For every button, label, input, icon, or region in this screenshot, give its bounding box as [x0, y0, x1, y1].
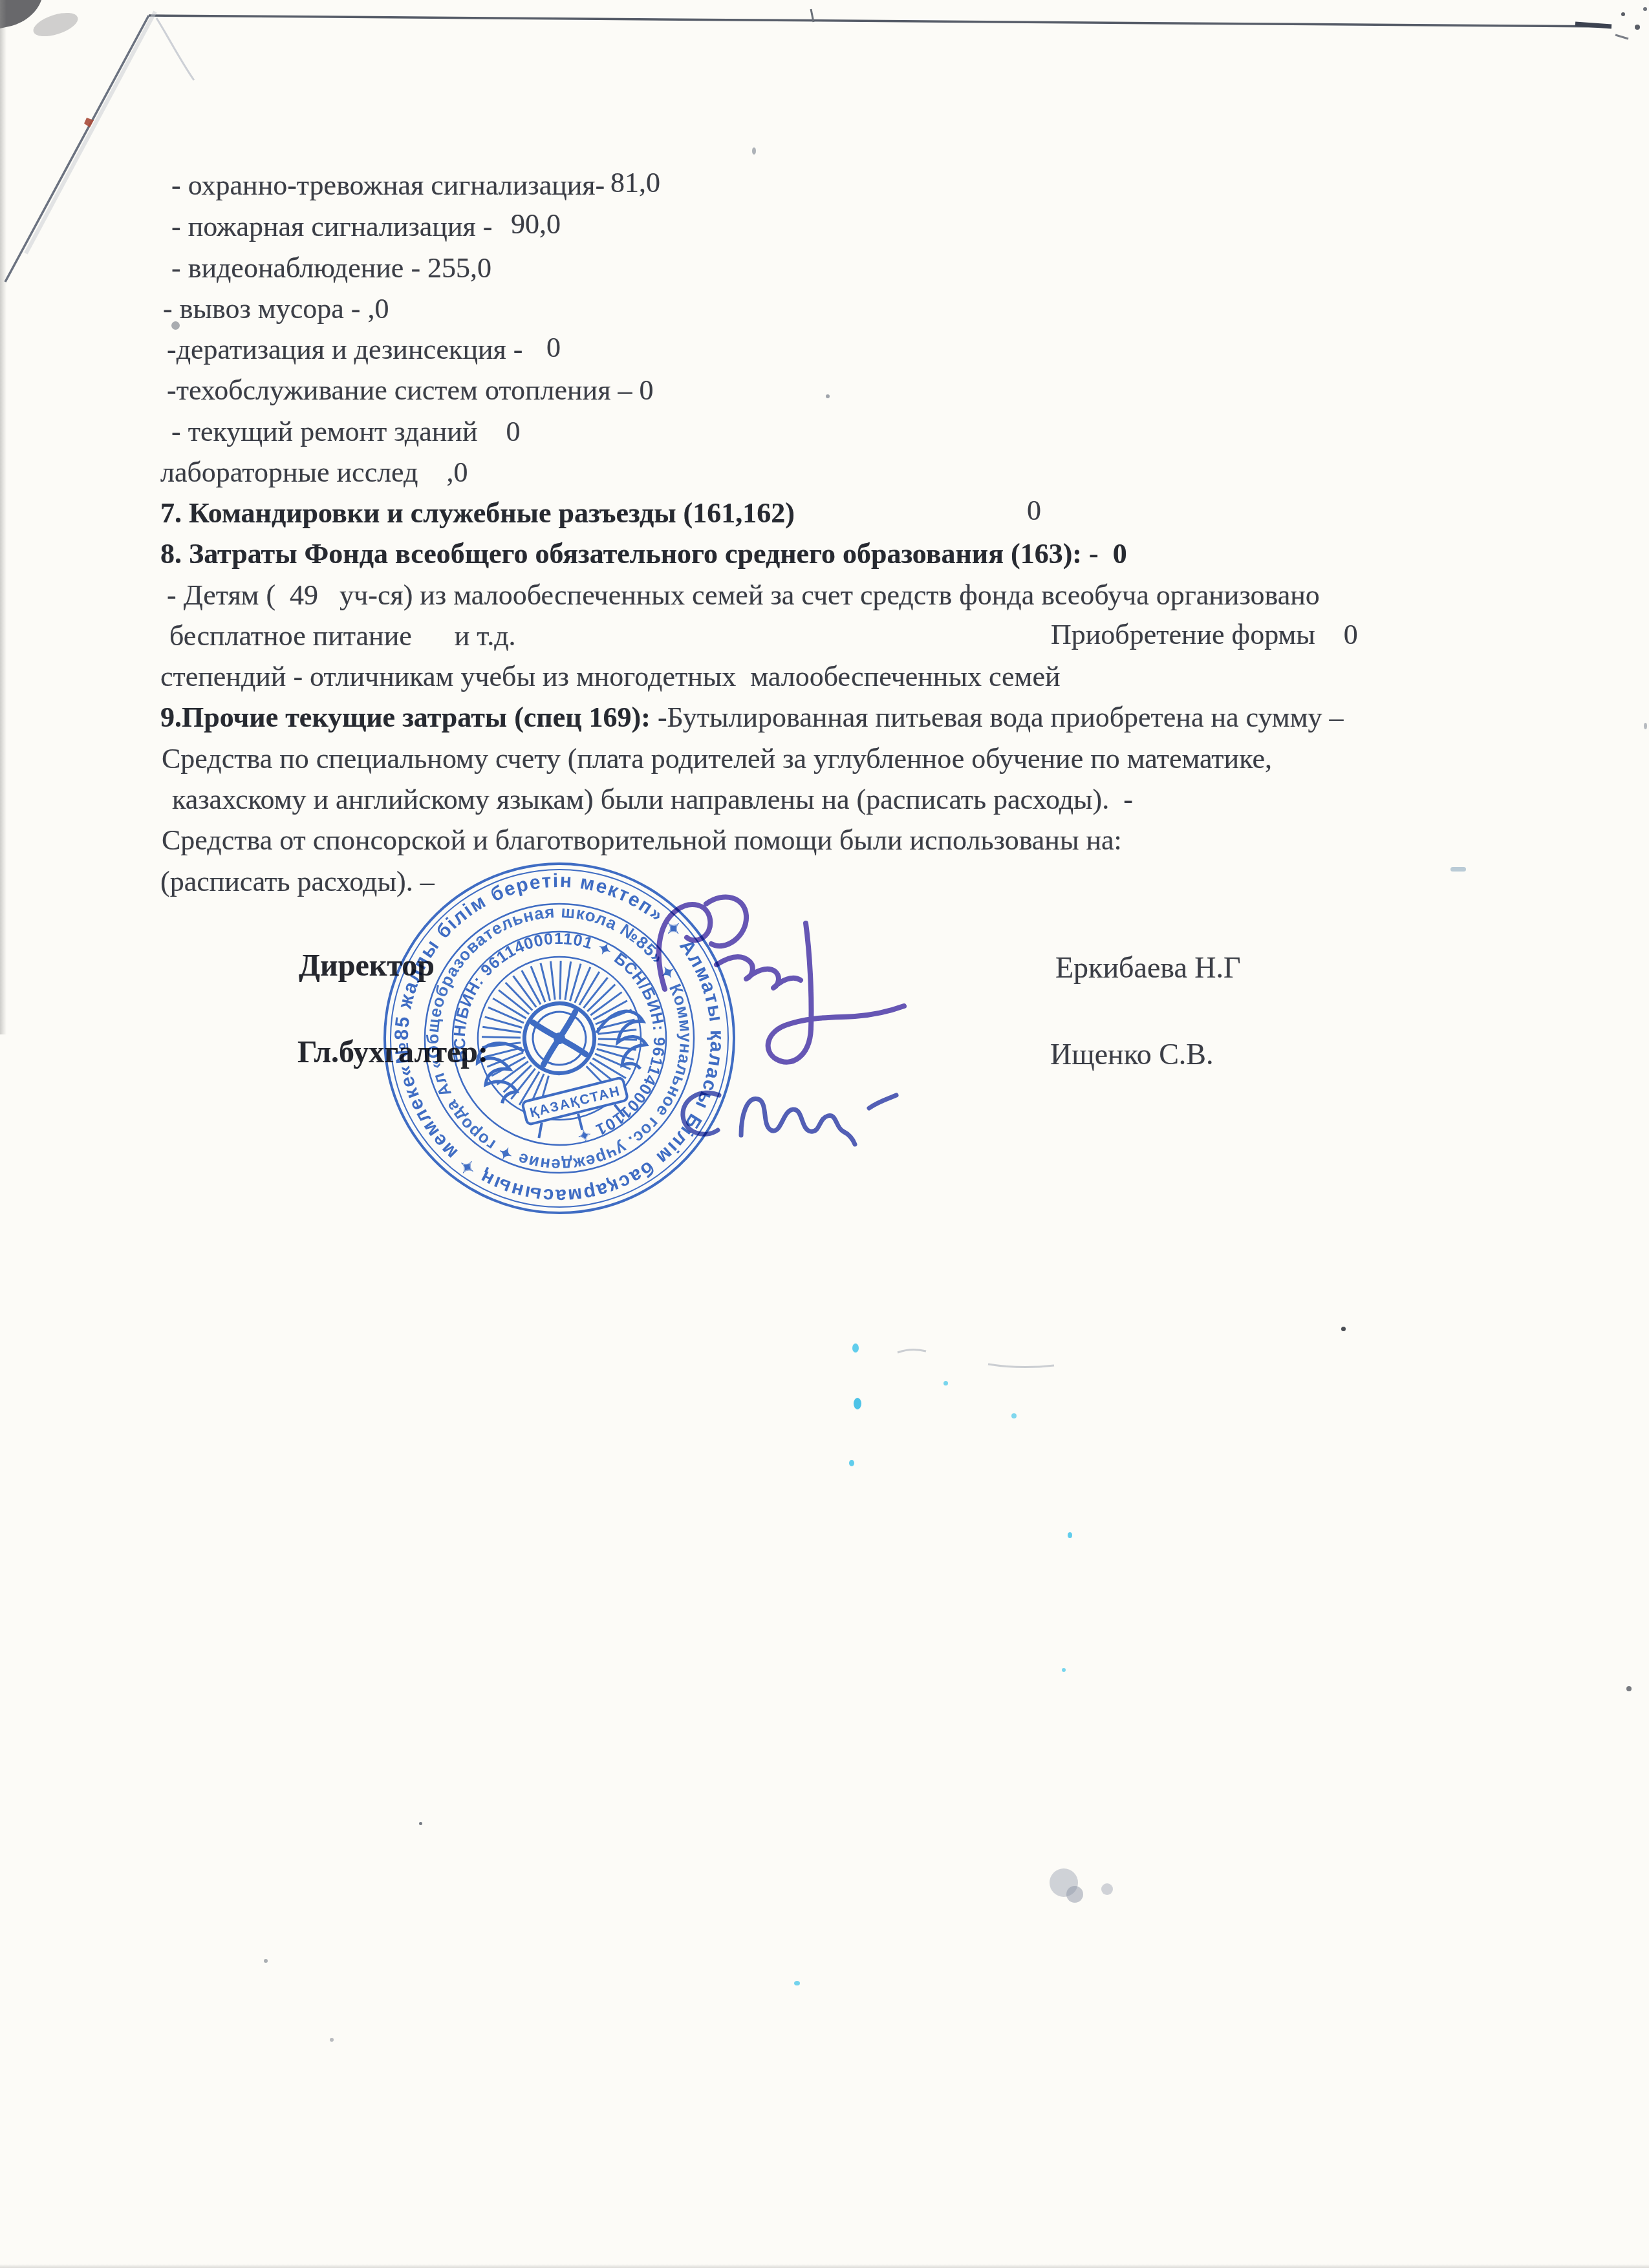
director-signature — [659, 897, 904, 1062]
scanned-document-page: - охранно-тревожная сигнализация-81,0- п… — [0, 0, 1649, 2268]
accountant-signature — [683, 1093, 896, 1144]
signatures-layer — [0, 0, 1649, 2268]
